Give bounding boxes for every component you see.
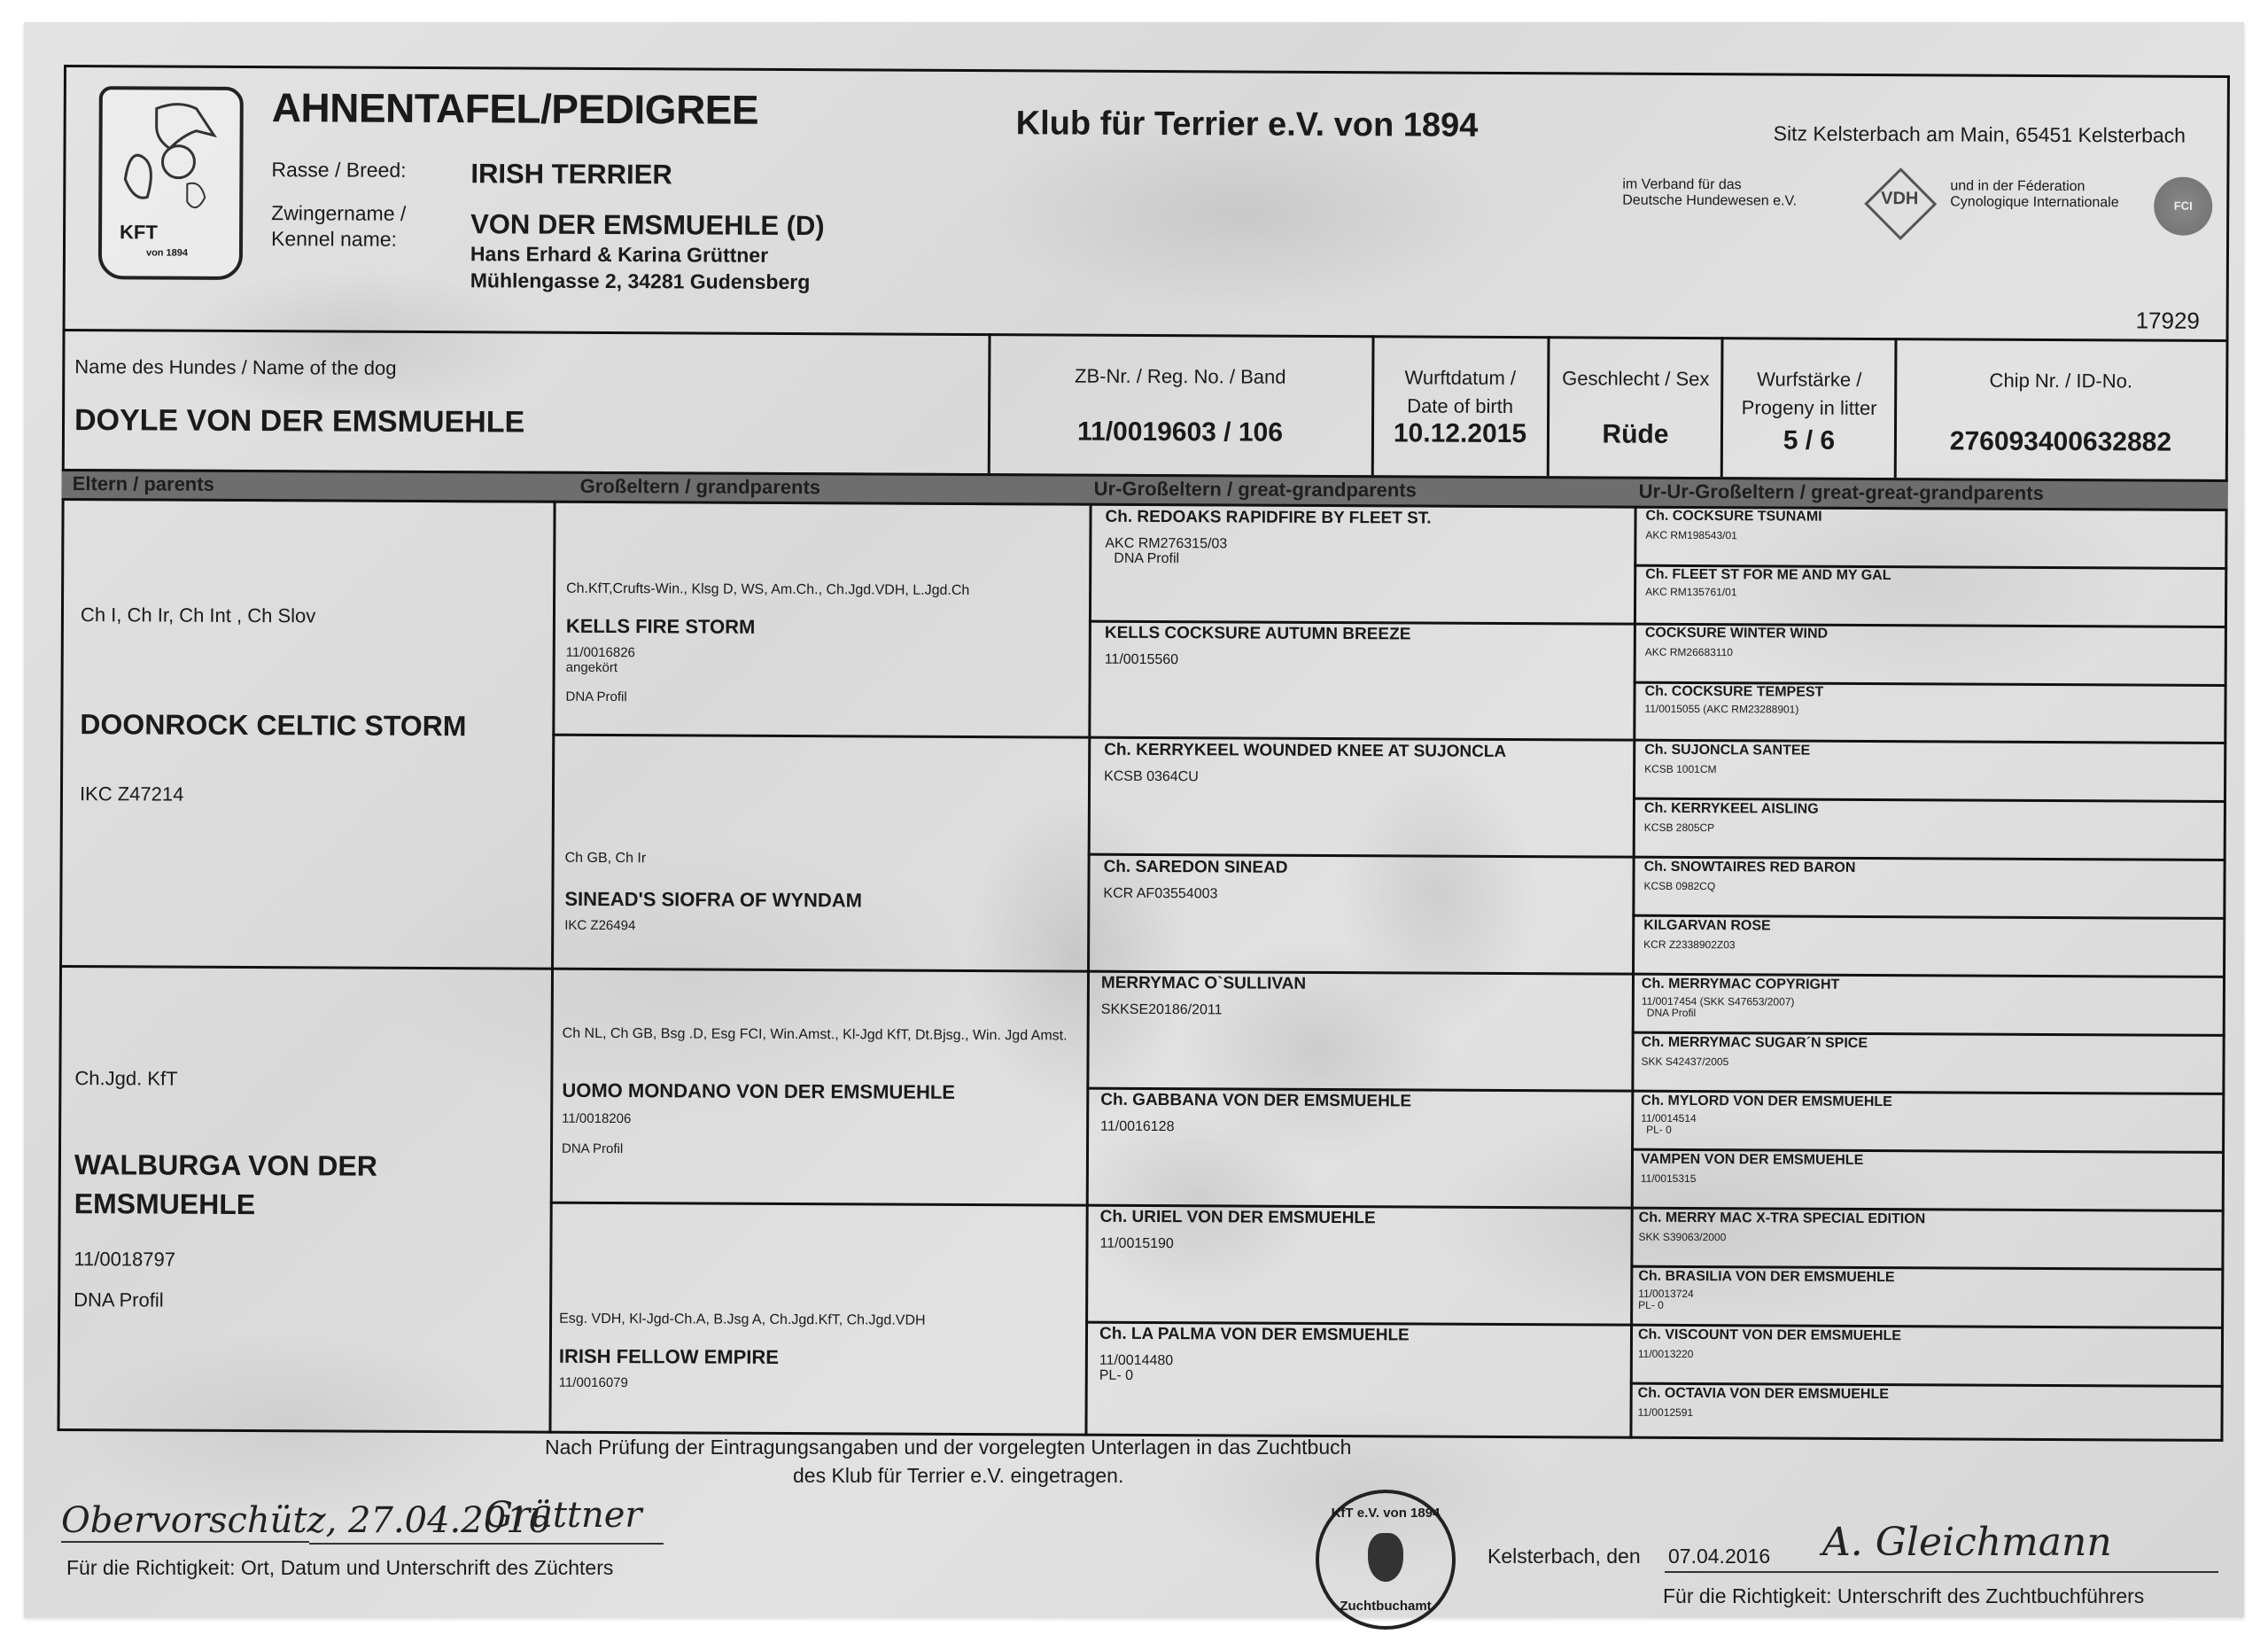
ggg-extra: PL- 0 xyxy=(1641,1125,2217,1139)
info-row-top xyxy=(63,329,2229,342)
parent-reg: IKC Z47214 xyxy=(80,782,184,806)
ggg-reg: AKC RM26683110 xyxy=(1645,647,2221,661)
document-title: AHNENTAFEL/PEDIGREE xyxy=(272,83,759,134)
great-great-grandparent-7: Ch. SNOWTAIRES RED BARON KCSB 0982CQ xyxy=(1643,860,2219,895)
ggg-reg: 11/0013220 xyxy=(1638,1349,2214,1363)
document-number: 17929 xyxy=(2136,307,2200,334)
gg-extra: DNA Profil xyxy=(1105,551,1627,569)
ggg-extra: PL- 0 xyxy=(1638,1300,2214,1314)
parent-reg: 11/0018797 xyxy=(74,1248,175,1272)
column-header-parents: Eltern / parents xyxy=(73,472,214,496)
ggg-reg: KCSB 1001CM xyxy=(1644,764,2220,778)
parent-name: WALBURGA VON DER EMSMUEHLE xyxy=(74,1145,500,1225)
great-great-grandparent-3: COCKSURE WINTER WIND AKC RM26683110 xyxy=(1645,626,2221,661)
dob-label: Wurftdatum / Date of birth xyxy=(1374,363,1546,421)
column-header-great-grandparents: Ur-Großeltern / great-grandparents xyxy=(1094,478,1417,502)
frame-top xyxy=(64,65,2230,78)
great-great-grandparent-13: Ch. MERRY MAC X-TRA SPECIAL EDITION SKK … xyxy=(1639,1210,2215,1246)
litter-value: 5 / 6 xyxy=(1723,425,1895,456)
great-great-grandparent-10: Ch. MERRYMAC SUGAR´N SPICE SKK S42437/20… xyxy=(1641,1035,2217,1070)
grandparent-reg: 11/0016826 xyxy=(566,645,635,660)
ggg-name: COCKSURE WINTER WIND xyxy=(1645,626,2221,644)
breeder-address: Mühlengasse 2, 34281 Gudensberg xyxy=(470,269,811,294)
grandparent-titles: Ch NL, Ch GB, Bsg .D, Esg FCI, Win.Amst.… xyxy=(563,1026,1081,1044)
grandparent-1: Ch.KfT,Crufts-Win., Klsg D, WS, Am.Ch., … xyxy=(565,503,1080,735)
registrar-signature-line xyxy=(1665,1571,2218,1573)
ggg-name: KILGARVAN ROSE xyxy=(1643,918,2219,937)
grandparent-3: Ch NL, Ch GB, Bsg .D, Esg FCI, Win.Amst.… xyxy=(562,971,1081,1202)
great-grandparent-5: MERRYMAC O`SULLIVAN SKKSE20186/2011 xyxy=(1101,974,1624,1020)
ggg-reg: 11/0012591 xyxy=(1638,1407,2214,1421)
ggg-reg: SKK S39063/2000 xyxy=(1639,1232,2215,1246)
litter-label-line-1: Wurfstärke / xyxy=(1723,365,1895,394)
ggg-name: Ch. MERRYMAC COPYRIGHT xyxy=(1642,977,2218,995)
gg-name: Ch. SAREDON SINEAD xyxy=(1104,858,1627,880)
great-great-grandparent-2: Ch. FLEET ST FOR ME AND MY GAL AKC RM135… xyxy=(1645,567,2221,601)
gg-reg: SKKSE20186/2011 xyxy=(1101,1002,1624,1020)
breeder-signature-line xyxy=(309,1543,664,1545)
gg-name: Ch. URIEL VON DER EMSMUEHLE xyxy=(1100,1208,1623,1230)
ggg-name: Ch. OCTAVIA VON DER EMSMUEHLE xyxy=(1638,1386,2214,1405)
kennel-label-1: Zwingername / xyxy=(271,201,406,226)
parent-titles: Ch.Jgd. KfT xyxy=(74,1067,177,1091)
fci-text-line-2: Cynologique Internationale xyxy=(1950,194,2118,211)
grandparent-4: Esg. VDH, Kl-Jgd-Ch.A, B.Jsg A, Ch.Jgd.K… xyxy=(558,1205,1077,1434)
great-great-grandparent-4: Ch. COCKSURE TEMPEST 11/0015055 (AKC RM2… xyxy=(1644,684,2220,718)
ggg-name: Ch. COCKSURE TEMPEST xyxy=(1645,684,2221,703)
zuchtbuchamt-stamp: KfT e.V. von 1894 Zuchtbuchamt xyxy=(1316,1490,1456,1630)
breeder-signature-place-date: Obervorschütz, 27.04.2016 xyxy=(61,1500,551,1541)
registrar-caption: Für die Richtigkeit: Unterschrift des Zu… xyxy=(1663,1584,2144,1608)
gg-reg: 11/0016128 xyxy=(1100,1119,1623,1137)
column-header-great-great-grandparents: Ur-Ur-Großeltern / great-great-grandpare… xyxy=(1639,480,2044,505)
gg-name: MERRYMAC O`SULLIVAN xyxy=(1101,974,1624,996)
reg-no-label: ZB-Nr. / Reg. No. / Band xyxy=(990,362,1370,392)
breeder-name: Hans Erhard & Karina Grüttner xyxy=(470,242,768,268)
grandparent-reg: 11/0018206 xyxy=(562,1111,631,1126)
ggg-reg: KCSB 2805CP xyxy=(1644,822,2220,837)
place-label: Kelsterbach, den xyxy=(1487,1545,1641,1568)
dob-label-line-1: Wurftdatum / xyxy=(1374,363,1546,393)
club-name: Klub für Terrier e.V. von 1894 xyxy=(1016,105,1479,145)
logo-year-text: von 1894 xyxy=(146,247,188,258)
great-great-grandparent-15: Ch. VISCOUNT VON DER EMSMUEHLE 11/001322… xyxy=(1638,1327,2214,1363)
great-great-grandparent-11: Ch. MYLORD VON DER EMSMUEHLE 11/0014514 … xyxy=(1641,1094,2217,1139)
chip-value: 276093400632882 xyxy=(1897,426,2225,458)
parent-name: DOONROCK CELTIC STORM xyxy=(80,704,540,746)
registration-text-line-2: des Klub für Terrier e.V. eingetragen. xyxy=(793,1464,1123,1488)
grandparent-titles: Ch GB, Ch Ir xyxy=(565,851,647,867)
parent-extra: DNA Profil xyxy=(74,1288,164,1311)
gg-name: KELLS COCKSURE AUTUMN BREEZE xyxy=(1105,624,1627,646)
litter-label: Wurfstärke / Progeny in litter xyxy=(1723,365,1895,423)
grandparent-2: Ch GB, Ch Ir SINEAD'S SIOFRA OF WYNDAM I… xyxy=(564,737,1079,969)
certificate-frame: KFT von 1894 AHNENTAFEL/PEDIGREE Rasse /… xyxy=(57,65,2230,1442)
fci-membership-text: und in der Féderation Cynologique Intern… xyxy=(1950,178,2119,211)
ggg-name: Ch. MERRYMAC SUGAR´N SPICE xyxy=(1642,1035,2218,1054)
grandparent-reg: 11/0016079 xyxy=(559,1375,628,1390)
ggg-reg: SKK S42437/2005 xyxy=(1641,1056,2217,1070)
gg-reg: KCR AF03554003 xyxy=(1103,886,1626,904)
kft-logo: KFT von 1894 xyxy=(98,86,244,280)
grandparent-titles: Esg. VDH, Kl-Jgd-Ch.A, B.Jsg A, Ch.Jgd.K… xyxy=(559,1311,926,1329)
ggg-name: Ch. COCKSURE TSUNAMI xyxy=(1645,509,2221,527)
ggg-reg: KCSB 0982CQ xyxy=(1643,881,2219,895)
terrier-heads-icon xyxy=(107,95,232,220)
parent-dam: Ch.Jgd. KfT WALBURGA VON DER EMSMUEHLE 1… xyxy=(73,968,540,1431)
great-great-grandparent-16: Ch. OCTAVIA VON DER EMSMUEHLE 11/0012591 xyxy=(1638,1386,2214,1421)
club-seat: Sitz Kelsterbach am Main, 65451 Kelsterb… xyxy=(1774,121,2186,147)
ggg-name: Ch. MERRY MAC X-TRA SPECIAL EDITION xyxy=(1639,1210,2215,1229)
ggg-name: Ch. BRASILIA VON DER EMSMUEHLE xyxy=(1638,1269,2214,1288)
sex-label: Geschlecht / Sex xyxy=(1550,364,1721,393)
ggg-name: Ch. FLEET ST FOR ME AND MY GAL xyxy=(1645,567,2221,586)
grandparent-extra: DNA Profil xyxy=(565,689,626,704)
ggg-reg: AKC RM198543/01 xyxy=(1645,530,2221,544)
ggg-name: Ch. MYLORD VON DER EMSMUEHLE xyxy=(1641,1094,2217,1112)
vdh-membership-text: im Verband für das Deutsche Hundewesen e… xyxy=(1622,177,1797,210)
sex-value: Rüde xyxy=(1550,419,1721,450)
frame-left xyxy=(57,65,66,1431)
great-grandparent-2: KELLS COCKSURE AUTUMN BREEZE 11/0015560 xyxy=(1105,624,1627,670)
gg-reg: 11/0015190 xyxy=(1099,1236,1622,1254)
breeder-signature-line xyxy=(61,1541,309,1543)
gg-name: Ch. LA PALMA VON DER EMSMUEHLE xyxy=(1099,1325,1622,1347)
reg-no-value: 11/0019603 / 106 xyxy=(990,416,1370,448)
frame-right xyxy=(2220,75,2230,1442)
grandparent-name: KELLS FIRE STORM xyxy=(566,615,756,639)
dog-name-label: Name des Hundes / Name of the dog xyxy=(74,355,396,380)
divider xyxy=(1547,336,1550,476)
grandparent-note: angekört xyxy=(566,660,617,675)
vdh-logo-text: VDH xyxy=(1873,189,1926,209)
stamp-top-text: KfT e.V. von 1894 xyxy=(1319,1506,1452,1521)
vdh-text-line-1: im Verband für das xyxy=(1622,177,1797,194)
dob-label-line-2: Date of birth xyxy=(1374,392,1546,421)
divider xyxy=(988,333,991,473)
ggg-name: Ch. SNOWTAIRES RED BARON xyxy=(1644,860,2220,878)
fci-logo-icon: FCI xyxy=(2154,177,2212,236)
great-grandparent-8: Ch. LA PALMA VON DER EMSMUEHLE 11/001448… xyxy=(1099,1325,1622,1386)
great-grandparent-3: Ch. KERRYKEEL WOUNDED KNEE AT SUJONCLA K… xyxy=(1104,741,1627,787)
great-great-grandparent-12: VAMPEN VON DER EMSMUEHLE 11/0015315 xyxy=(1641,1152,2217,1187)
kennel-name: VON DER EMSMUEHLE (D) xyxy=(470,208,825,242)
litter-label-line-2: Progeny in litter xyxy=(1723,393,1895,423)
breed-label: Rasse / Breed: xyxy=(271,158,406,183)
great-great-grandparent-8: KILGARVAN ROSE KCR Z2338902Z03 xyxy=(1643,918,2219,953)
great-grandparent-7: Ch. URIEL VON DER EMSMUEHLE 11/0015190 xyxy=(1099,1208,1622,1254)
gg-name: Ch. KERRYKEEL WOUNDED KNEE AT SUJONCLA xyxy=(1104,741,1627,763)
grandparent-name: UOMO MONDANO VON DER EMSMUEHLE xyxy=(562,1079,955,1104)
gg-name: Ch. GABBANA VON DER EMSMUEHLE xyxy=(1100,1091,1623,1113)
ggg-name: Ch. SUJONCLA SANTEE xyxy=(1644,743,2220,761)
stamp-bottom-text: Zuchtbuchamt xyxy=(1319,1599,1452,1614)
ggg-extra: DNA Profil xyxy=(1642,1008,2218,1022)
great-grandparent-1: Ch. REDOAKS RAPIDFIRE BY FLEET ST. AKC R… xyxy=(1105,508,1627,569)
ggg-reg: AKC RM135761/01 xyxy=(1645,587,2221,601)
ggg-reg: 11/0015055 (AKC RM23288901) xyxy=(1644,704,2220,718)
grandparent-name: IRISH FELLOW EMPIRE xyxy=(559,1345,779,1369)
registrar-signature: A. Gleichmann xyxy=(1822,1520,2112,1565)
great-great-grandparent-5: Ch. SUJONCLA SANTEE KCSB 1001CM xyxy=(1644,743,2220,778)
gg-reg: 11/0015560 xyxy=(1105,652,1627,670)
great-grandparent-6: Ch. GABBANA VON DER EMSMUEHLE 11/0016128 xyxy=(1100,1091,1623,1137)
ggg-reg: KCR Z2338902Z03 xyxy=(1643,939,2219,953)
gg-reg: KCSB 0364CU xyxy=(1104,769,1627,787)
grandparent-extra: DNA Profil xyxy=(562,1141,623,1156)
breeder-signature: Grüttner xyxy=(485,1495,642,1536)
gg-reg: AKC RM276315/03 xyxy=(1105,536,1627,554)
great-great-grandparent-14: Ch. BRASILIA VON DER EMSMUEHLE 11/001372… xyxy=(1638,1269,2214,1314)
breed-value: IRISH TERRIER xyxy=(470,158,672,191)
grandparent-name: SINEAD'S SIOFRA OF WYNDAM xyxy=(564,888,862,913)
great-great-grandparent-1: Ch. COCKSURE TSUNAMI AKC RM198543/01 xyxy=(1645,509,2221,544)
ggg-reg: 11/0015315 xyxy=(1641,1173,2217,1187)
gg-name: Ch. REDOAKS RAPIDFIRE BY FLEET ST. xyxy=(1105,508,1627,530)
gg-extra: PL- 0 xyxy=(1099,1368,1622,1386)
kennel-label-2: Kennel name: xyxy=(271,227,397,252)
ggg-name: Ch. VISCOUNT VON DER EMSMUEHLE xyxy=(1638,1327,2214,1346)
parent-titles: Ch I, Ch Ir, Ch Int , Ch Slov xyxy=(81,603,315,627)
registration-text-line-1: Nach Prüfung der Eintragungsangaben und … xyxy=(545,1436,1351,1459)
column-header-grandparents: Großeltern / grandparents xyxy=(580,475,821,499)
fci-text-line-1: und in der Féderation xyxy=(1950,178,2118,195)
grandparent-reg: IKC Z26494 xyxy=(564,918,635,933)
dob-value: 10.12.2015 xyxy=(1374,418,1546,449)
parent-sire: Ch I, Ch Ir, Ch Int , Ch Slov DOONROCK C… xyxy=(79,499,547,967)
grandparent-titles: Ch.KfT,Crufts-Win., Klsg D, WS, Am.Ch., … xyxy=(566,581,969,599)
registration-date: 07.04.2016 xyxy=(1668,1545,1770,1568)
ggg-name: Ch. KERRYKEEL AISLING xyxy=(1644,801,2220,820)
great-great-grandparent-9: Ch. MERRYMAC COPYRIGHT 11/0017454 (SKK S… xyxy=(1642,977,2218,1022)
terrier-head-icon xyxy=(1368,1533,1403,1582)
chip-label: Chip Nr. / ID-No. xyxy=(1897,366,2225,396)
logo-kft-text: KFT xyxy=(120,221,158,244)
pedigree-certificate: KFT von 1894 AHNENTAFEL/PEDIGREE Rasse /… xyxy=(24,22,2244,1617)
great-great-grandparent-6: Ch. KERRYKEEL AISLING KCSB 2805CP xyxy=(1644,801,2220,837)
vdh-text-line-2: Deutsche Hundewesen e.V. xyxy=(1622,193,1797,210)
dog-name: DOYLE VON DER EMSMUEHLE xyxy=(74,403,524,440)
breeder-caption: Für die Richtigkeit: Ort, Datum und Unte… xyxy=(66,1556,613,1580)
ggg-name: VAMPEN VON DER EMSMUEHLE xyxy=(1641,1152,2217,1171)
great-grandparent-4: Ch. SAREDON SINEAD KCR AF03554003 xyxy=(1103,858,1626,904)
